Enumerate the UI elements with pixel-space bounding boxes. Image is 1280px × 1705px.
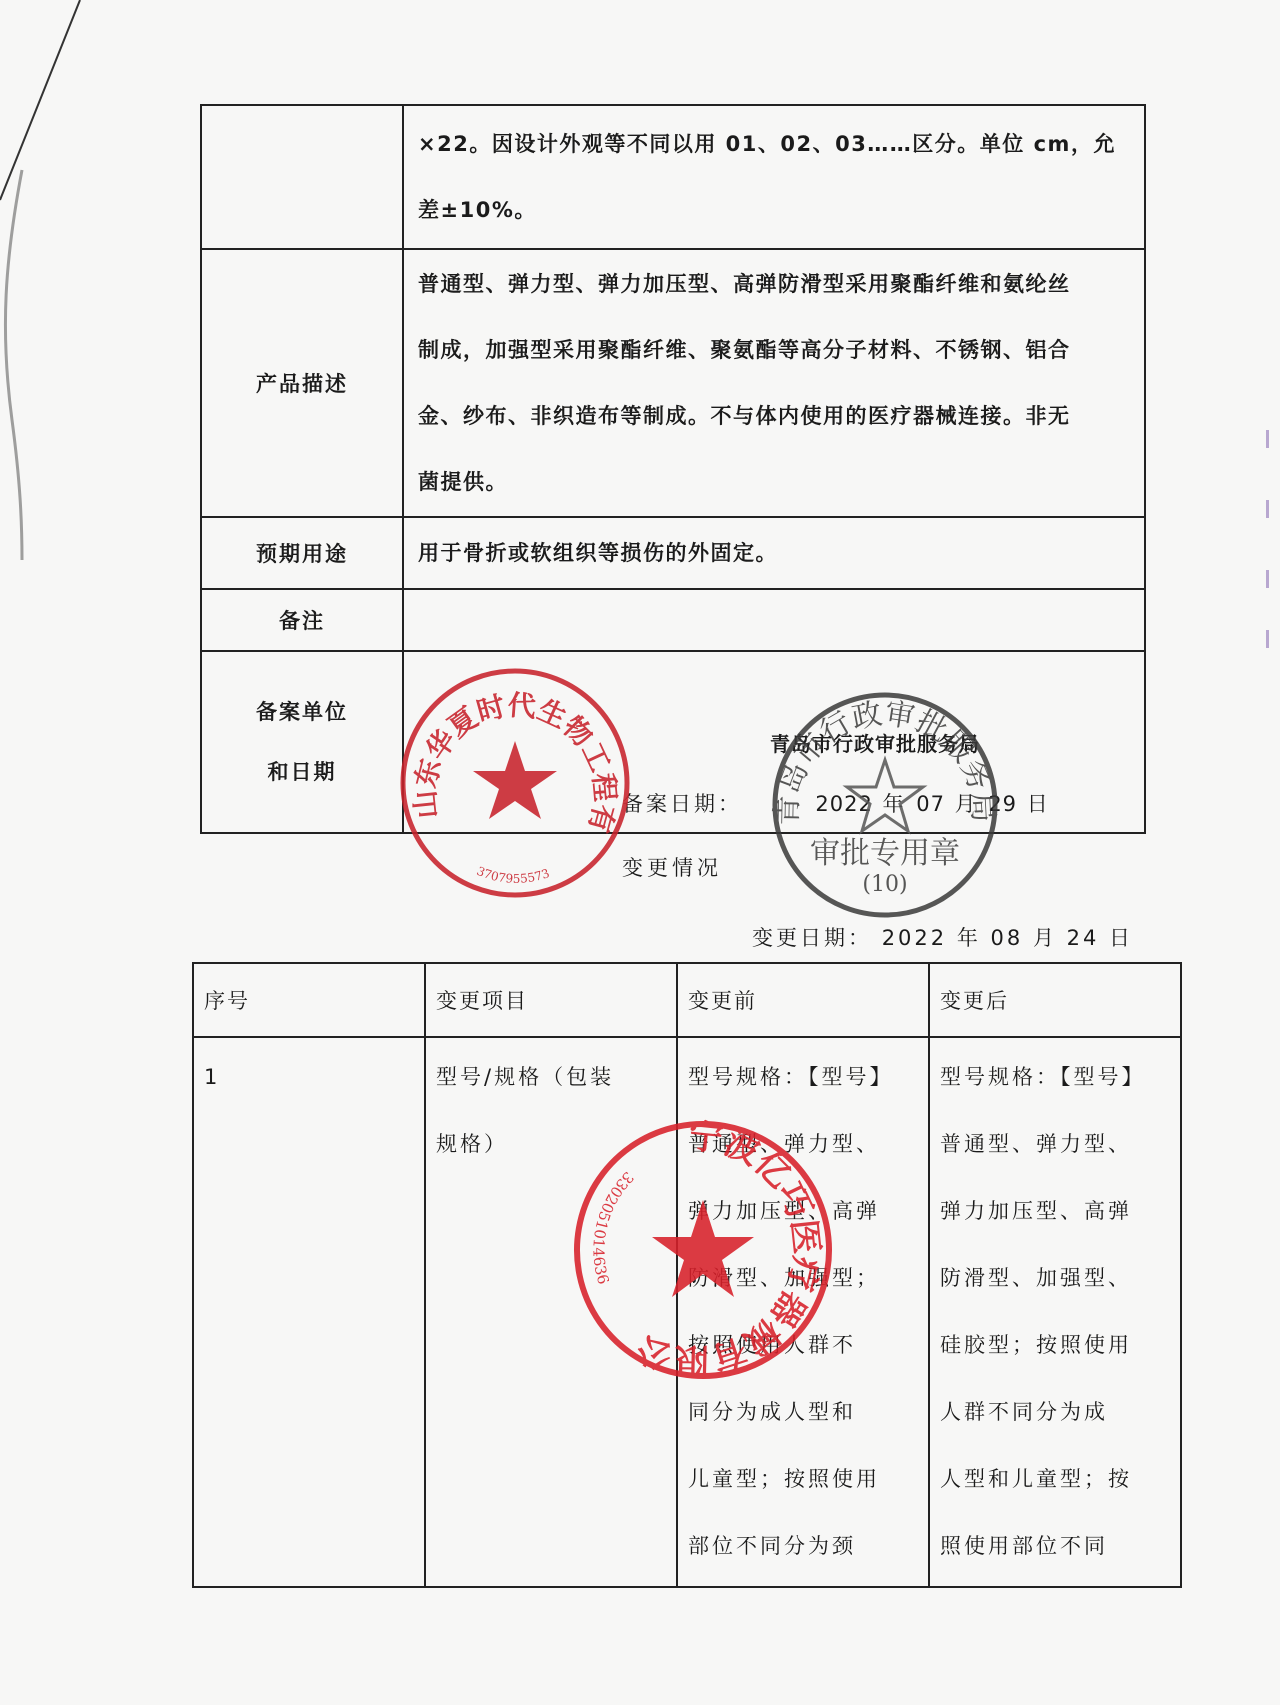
intended-use-row: 预期用途 用于骨折或软组织等损伤的外固定。	[201, 517, 1145, 589]
svg-text:3707955573: 3707955573	[475, 864, 552, 886]
before-line: 普通型、弹力型、	[688, 1111, 918, 1178]
row-item: 型号/规格（包装 规格）	[425, 1037, 677, 1587]
svg-text:(10): (10)	[862, 872, 907, 897]
spec-label	[201, 105, 403, 249]
remarks-row: 备注	[201, 589, 1145, 651]
before-line: 部位不同分为颈	[688, 1513, 918, 1580]
change-date: 变更日期： 2022 年 08 月 24 日	[752, 922, 1133, 952]
spec-row: ×22。因设计外观等不同以用 01、02、03……区分。单位 cm，允 差±10…	[201, 105, 1145, 249]
header-no: 序号	[193, 963, 425, 1037]
filing-label-line: 和日期	[202, 742, 402, 802]
after-line: 防滑型、加强型、	[940, 1245, 1170, 1312]
spec-text: ×22。因设计外观等不同以用 01、02、03……区分。单位 cm，允 差±10…	[403, 105, 1145, 249]
after-line: 型号规格：【型号】	[940, 1044, 1170, 1111]
filing-date: 备案日期： 2022 年 07 月 29 日	[622, 788, 1051, 818]
before-line: 按照使用人群不	[688, 1312, 918, 1379]
description-line: 金、纱布、非织造布等制成。不与体内使用的医疗器械连接。非无	[418, 383, 1130, 449]
description-row: 产品描述 普通型、弹力型、弹力加压型、高弹防滑型采用聚酯纤维和氨纶丝 制成，加强…	[201, 249, 1145, 517]
remarks-label: 备注	[201, 589, 403, 651]
item-line: 规格）	[436, 1111, 666, 1178]
side-ink-marks	[1260, 420, 1280, 660]
filing-date-month: 07	[916, 792, 945, 816]
description-line: 菌提供。	[418, 449, 1130, 515]
change-date-label: 变更日期：	[752, 926, 872, 950]
item-line: 型号/规格（包装	[436, 1044, 666, 1111]
filing-date-label: 备案日期：	[622, 792, 742, 816]
intended-use-label: 预期用途	[201, 517, 403, 589]
after-line: 人型和儿童型；按	[940, 1446, 1170, 1513]
filing-authority: 青岛市行政审批服务局	[770, 728, 980, 757]
description-line: 制成，加强型采用聚酯纤维、聚氨酯等高分子材料、不锈钢、铝合	[418, 317, 1130, 383]
before-line: 型号规格：【型号】	[688, 1044, 918, 1111]
change-date-month: 08	[991, 926, 1024, 950]
change-date-day: 24	[1067, 926, 1100, 950]
before-line: 儿童型；按照使用	[688, 1446, 918, 1513]
after-line: 弹力加压型、高弹	[940, 1178, 1170, 1245]
product-info-table: ×22。因设计外观等不同以用 01、02、03……区分。单位 cm，允 差±10…	[200, 104, 1146, 834]
header-before: 变更前	[677, 963, 929, 1037]
remarks-text	[403, 589, 1145, 651]
after-line: 人群不同分为成	[940, 1379, 1170, 1446]
change-table-header: 序号 变更项目 变更前 变更后	[193, 963, 1181, 1037]
before-line: 弹力加压型、高弹	[688, 1178, 918, 1245]
spec-text-line: 差±10%。	[418, 177, 1130, 243]
before-line: 防滑型、加强型；	[688, 1245, 918, 1312]
before-line: 同分为成人型和	[688, 1379, 918, 1446]
row-no: 1	[193, 1037, 425, 1587]
filing-date-year-unit: 年	[883, 792, 907, 816]
row-after: 型号规格：【型号】 普通型、弹力型、 弹力加压型、高弹 防滑型、加强型、 硅胶型…	[929, 1037, 1181, 1587]
description-label: 产品描述	[201, 249, 403, 517]
header-after: 变更后	[929, 963, 1181, 1037]
description-text: 普通型、弹力型、弹力加压型、高弹防滑型采用聚酯纤维和氨纶丝 制成，加强型采用聚酯…	[403, 249, 1145, 517]
after-line: 硅胶型；按照使用	[940, 1312, 1170, 1379]
change-date-year: 2022	[882, 926, 947, 950]
svg-text:审批专用章: 审批专用章	[810, 836, 960, 871]
filing-date-day: 29	[988, 792, 1017, 816]
filing-label: 备案单位 和日期	[201, 651, 403, 833]
page-edge-shadow	[0, 0, 120, 1705]
filing-label-line: 备案单位	[202, 682, 402, 742]
spec-text-line: ×22。因设计外观等不同以用 01、02、03……区分。单位 cm，允	[418, 111, 1130, 177]
after-line: 照使用部位不同	[940, 1513, 1170, 1580]
change-date-year-unit: 年	[957, 926, 981, 950]
change-table: 序号 变更项目 变更前 变更后 1 型号/规格（包装 规格） 型号规格：【型号】…	[192, 962, 1182, 1588]
change-section-title: 变更情况	[622, 852, 722, 882]
after-line: 普通型、弹力型、	[940, 1111, 1170, 1178]
table-row: 1 型号/规格（包装 规格） 型号规格：【型号】 普通型、弹力型、 弹力加压型、…	[193, 1037, 1181, 1587]
change-date-month-unit: 月	[1033, 926, 1057, 950]
filing-date-year: 2022	[815, 792, 872, 816]
description-line: 普通型、弹力型、弹力加压型、高弹防滑型采用聚酯纤维和氨纶丝	[418, 251, 1130, 317]
change-date-day-unit: 日	[1109, 926, 1133, 950]
intended-use-text: 用于骨折或软组织等损伤的外固定。	[403, 517, 1145, 589]
row-before: 型号规格：【型号】 普通型、弹力型、 弹力加压型、高弹 防滑型、加强型； 按照使…	[677, 1037, 929, 1587]
header-item: 变更项目	[425, 963, 677, 1037]
filing-date-month-unit: 月	[955, 792, 979, 816]
filing-date-day-unit: 日	[1027, 792, 1051, 816]
